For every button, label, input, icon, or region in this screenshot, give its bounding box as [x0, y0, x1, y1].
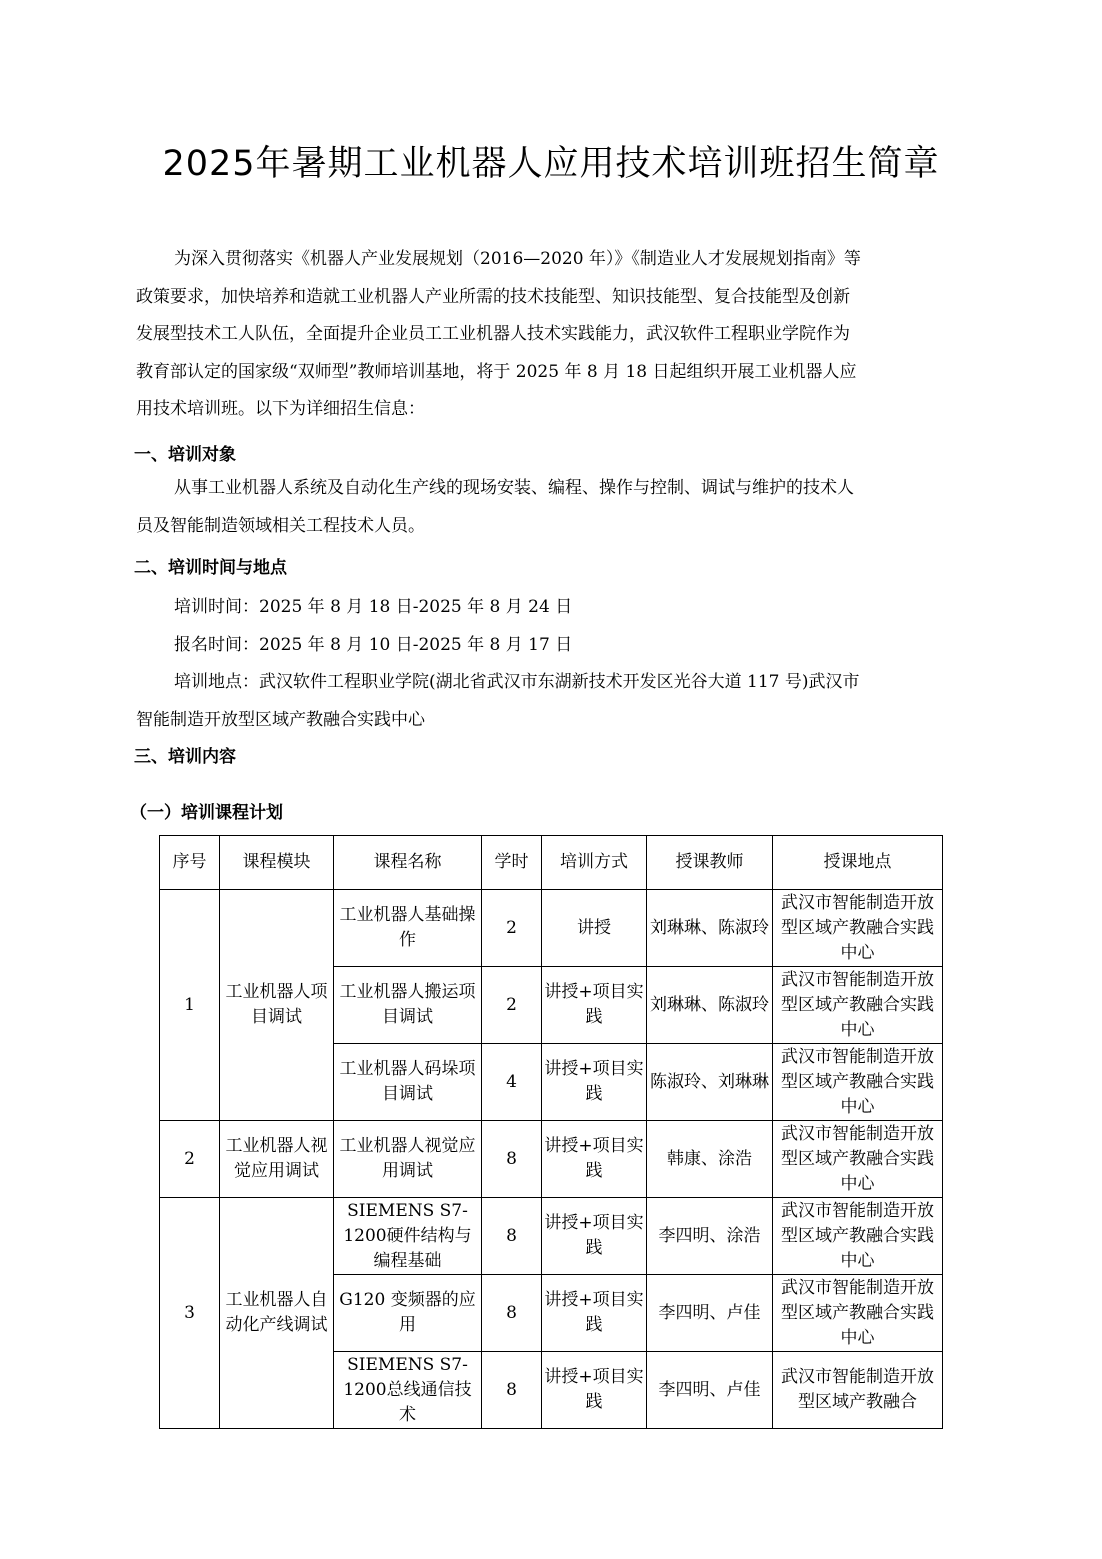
- training-time: 培训时间：2025 年 8 月 18 日-2025 年 8 月 24 日: [174, 592, 572, 617]
- header-module: 课程模块: [220, 836, 334, 890]
- header-course: 课程名称: [334, 836, 482, 890]
- cell-no: 3: [160, 1198, 220, 1429]
- cell-hours: 8: [482, 1121, 542, 1198]
- intro-line: 教育部认定的国家级“双师型”教师培训基地，将于 2025 年 8 月 18 日起…: [136, 354, 956, 392]
- section-heading-target: 一、培训对象: [134, 440, 236, 465]
- cell-hours: 8: [482, 1198, 542, 1275]
- cell-location: 武汉市智能制造开放型区域产教融合: [773, 1352, 943, 1429]
- cell-location: 武汉市智能制造开放型区域产教融合实践中心: [773, 1275, 943, 1352]
- cell-location: 武汉市智能制造开放型区域产教融合实践中心: [773, 890, 943, 967]
- cell-location: 武汉市智能制造开放型区域产教融合实践中心: [773, 1198, 943, 1275]
- cell-hours: 4: [482, 1044, 542, 1121]
- section-heading-time-location: 二、培训时间与地点: [134, 553, 287, 578]
- cell-teacher: 刘琳琳、陈淑玲: [647, 890, 773, 967]
- subsection-heading-course-plan: （一）培训课程计划: [130, 798, 283, 823]
- cell-course: SIEMENS S7-1200总线通信技术: [334, 1352, 482, 1429]
- cell-method: 讲授+项目实践: [542, 1198, 647, 1275]
- intro-line: 用技术培训班。以下为详细招生信息：: [136, 391, 956, 429]
- cell-method: 讲授: [542, 890, 647, 967]
- cell-no: 1: [160, 890, 220, 1121]
- cell-hours: 8: [482, 1352, 542, 1429]
- target-paragraph: 从事工业机器人系统及自动化生产线的现场安装、编程、操作与控制、调试与维护的技术人…: [136, 470, 956, 545]
- cell-course: 工业机器人视觉应用调试: [334, 1121, 482, 1198]
- header-teacher: 授课教师: [647, 836, 773, 890]
- intro-line: 发展型技术工人队伍，全面提升企业员工工业机器人技术实践能力，武汉软件工程职业学院…: [136, 316, 956, 354]
- cell-course: 工业机器人码垛项目调试: [334, 1044, 482, 1121]
- target-line: 员及智能制造领域相关工程技术人员。: [136, 508, 956, 546]
- training-location-cont: 智能制造开放型区域产教融合实践中心: [136, 705, 425, 730]
- cell-course: 工业机器人搬运项目调试: [334, 967, 482, 1044]
- table-row: 3 工业机器人自动化产线调试 SIEMENS S7-1200硬件结构与编程基础 …: [160, 1198, 943, 1275]
- cell-location: 武汉市智能制造开放型区域产教融合实践中心: [773, 1121, 943, 1198]
- cell-hours: 8: [482, 1275, 542, 1352]
- cell-method: 讲授+项目实践: [542, 967, 647, 1044]
- intro-line: 政策要求，加快培养和造就工业机器人产业所需的技术技能型、知识技能型、复合技能型及…: [136, 279, 956, 317]
- cell-course: G120 变频器的应用: [334, 1275, 482, 1352]
- intro-line: 为深入贯彻落实《机器人产业发展规划（2016—2020 年）》《制造业人才发展规…: [136, 241, 956, 279]
- cell-hours: 2: [482, 967, 542, 1044]
- cell-teacher: 刘琳琳、陈淑玲: [647, 967, 773, 1044]
- course-plan-table: 序号 课程模块 课程名称 学时 培训方式 授课教师 授课地点 1 工业机器人项目…: [159, 835, 943, 1429]
- cell-hours: 2: [482, 890, 542, 967]
- cell-teacher: 韩康、涂浩: [647, 1121, 773, 1198]
- cell-course: SIEMENS S7-1200硬件结构与编程基础: [334, 1198, 482, 1275]
- cell-teacher: 陈淑玲、刘琳琳: [647, 1044, 773, 1121]
- section-heading-content: 三、培训内容: [134, 742, 236, 767]
- cell-location: 武汉市智能制造开放型区域产教融合实践中心: [773, 967, 943, 1044]
- cell-location: 武汉市智能制造开放型区域产教融合实践中心: [773, 1044, 943, 1121]
- header-hours: 学时: [482, 836, 542, 890]
- cell-method: 讲授+项目实践: [542, 1352, 647, 1429]
- cell-no: 2: [160, 1121, 220, 1198]
- cell-module: 工业机器人项目调试: [220, 890, 334, 1121]
- header-method: 培训方式: [542, 836, 647, 890]
- cell-course: 工业机器人基础操作: [334, 890, 482, 967]
- document-title: 2025年暑期工业机器人应用技术培训班招生简章: [0, 136, 1102, 186]
- cell-teacher: 李四明、卢佳: [647, 1275, 773, 1352]
- header-location: 授课地点: [773, 836, 943, 890]
- intro-paragraph: 为深入贯彻落实《机器人产业发展规划（2016—2020 年）》《制造业人才发展规…: [136, 241, 956, 429]
- table-header-row: 序号 课程模块 课程名称 学时 培训方式 授课教师 授课地点: [160, 836, 943, 890]
- target-line: 从事工业机器人系统及自动化生产线的现场安装、编程、操作与控制、调试与维护的技术人: [136, 470, 956, 508]
- cell-teacher: 李四明、卢佳: [647, 1352, 773, 1429]
- cell-method: 讲授+项目实践: [542, 1044, 647, 1121]
- cell-method: 讲授+项目实践: [542, 1121, 647, 1198]
- cell-module: 工业机器人视觉应用调试: [220, 1121, 334, 1198]
- table-row: 2 工业机器人视觉应用调试 工业机器人视觉应用调试 8 讲授+项目实践 韩康、涂…: [160, 1121, 943, 1198]
- cell-method: 讲授+项目实践: [542, 1275, 647, 1352]
- training-location: 培训地点：武汉软件工程职业学院(湖北省武汉市东湖新技术开发区光谷大道 117 号…: [174, 667, 860, 692]
- cell-teacher: 李四明、涂浩: [647, 1198, 773, 1275]
- table-row: 1 工业机器人项目调试 工业机器人基础操作 2 讲授 刘琳琳、陈淑玲 武汉市智能…: [160, 890, 943, 967]
- cell-module: 工业机器人自动化产线调试: [220, 1198, 334, 1429]
- header-no: 序号: [160, 836, 220, 890]
- registration-time: 报名时间：2025 年 8 月 10 日-2025 年 8 月 17 日: [174, 630, 572, 655]
